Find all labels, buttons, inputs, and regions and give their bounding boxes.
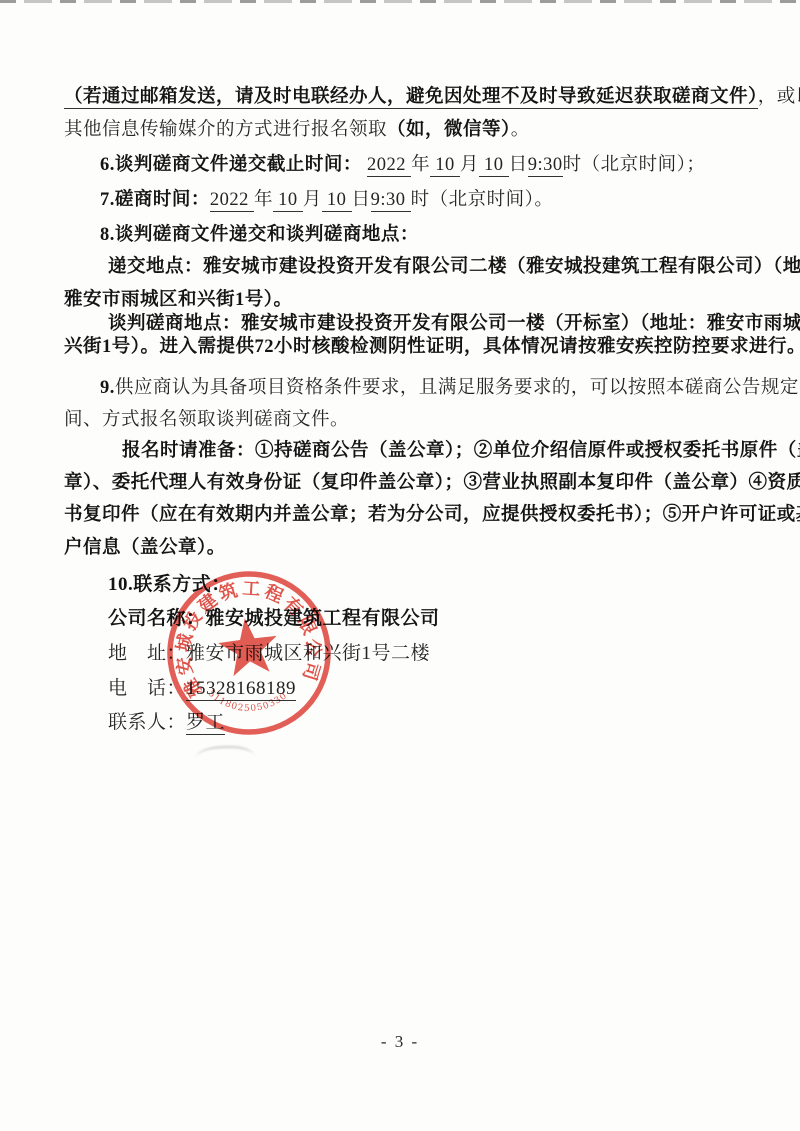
text-segment: 递交地点：雅安城市建设投资开发有限公司二楼（雅安城投建筑工程有限公司）（地址： <box>108 257 800 277</box>
document-page: （若通过邮箱发送，请及时电联经办人，避免因处理不及时导致延迟获取磋商文件），或以… <box>0 0 800 1131</box>
text-segment: 8.谈判磋商文件递交和谈判磋商地点： <box>100 225 419 245</box>
text-segment: 10 <box>479 155 509 177</box>
text-segment: 雅安市雨城区和兴街1号）。 <box>64 290 293 310</box>
text-segment: 10 <box>322 190 352 212</box>
contact-address: 地 址：雅安市雨城区和兴街1号二楼 <box>108 642 430 666</box>
item9-supplier-line2: 间、方式报名领取谈判磋商文件。 <box>64 409 349 432</box>
text-segment: 15328168189 <box>186 678 296 701</box>
text-segment: 年 <box>254 190 273 210</box>
paragraph-intro-line1: （若通过邮箱发送，请及时电联经办人，避免因处理不及时导致延迟获取磋商文件），或以 <box>64 86 800 109</box>
text-segment: 兴街1号）。进入需提供72小时核酸检测阴性证明，具体情况请按雅安疾控防控要求进行… <box>64 337 800 357</box>
registration-requirements-line4: 户信息（盖公章）。 <box>64 537 226 560</box>
text-segment: 谈判磋商地点：雅安城市建设投资开发有限公司一楼（开标室）（地址：雅安市雨城区和 <box>108 314 800 334</box>
text-segment: 6.谈判磋商文件递交截止时间： <box>100 155 362 175</box>
contact-company-name: 公司名称：雅安城投建筑工程有限公司 <box>108 607 440 631</box>
text-segment: 公司名称：雅安城投建筑工程有限公司 <box>108 608 440 629</box>
text-segment: 报名时请准备：①持磋商公告（盖公章）；②单位介绍信原件或授权委托书原件（盖公 <box>122 441 800 461</box>
text-segment: 年 <box>411 155 430 175</box>
contact-phone: 电 话：15328168189 <box>108 677 296 701</box>
item8-negotiation-location-line1: 谈判磋商地点：雅安城市建设投资开发有限公司一楼（开标室）（地址：雅安市雨城区和 <box>108 313 800 336</box>
text-segment: 月 <box>460 155 479 175</box>
registration-requirements-line2: 章）、委托代理人有效身份证（复印件盖公章）；③营业执照副本复印件（盖公章）④资质… <box>64 472 800 495</box>
text-segment: 9:30 <box>371 190 411 212</box>
text-segment: 7.磋商时间： <box>100 190 210 210</box>
text-segment: （如，微信等） <box>387 120 511 140</box>
item10-contact-heading: 10.联系方式： <box>108 573 231 597</box>
text-segment: 月 <box>303 190 322 210</box>
text-segment: 10 <box>273 190 303 212</box>
text-segment: 时（北京时间）； <box>563 155 706 175</box>
text-segment: ，或以 <box>758 87 800 107</box>
text-segment: 日 <box>352 190 371 210</box>
text-segment: 户信息（盖公章）。 <box>64 538 226 558</box>
text-segment: 章）、委托代理人有效身份证（复印件盖公章）；③营业执照副本复印件（盖公章）④资质… <box>64 473 800 493</box>
text-segment: 地 址： <box>108 643 186 664</box>
text-segment: 时（北京时间）。 <box>411 190 554 210</box>
text-segment: 其他信息传输媒介的方式进行报名领取 <box>64 120 387 140</box>
text-segment: 10.联系方式： <box>108 574 231 595</box>
text-segment: 罗工 <box>186 712 225 735</box>
text-segment: 9:30 <box>528 155 563 177</box>
item8-negotiation-location-line2: 兴街1号）。进入需提供72小时核酸检测阴性证明，具体情况请按雅安疾控防控要求进行… <box>64 336 800 359</box>
item9-supplier-line1: 9.供应商认为具备项目资格条件要求，且满足服务要求的，可以按照本磋商公告规定的时 <box>100 377 800 400</box>
item8-heading: 8.谈判磋商文件递交和谈判磋商地点： <box>100 224 419 247</box>
text-segment: 雅安市雨城区和兴街1号二楼 <box>186 643 430 664</box>
text-segment: 2022 <box>367 155 411 177</box>
page-number: - 3 - <box>0 1031 800 1052</box>
item6-deadline-line: 6.谈判磋商文件递交截止时间： 2022 年 10 月 10 日9:30时（北京… <box>100 154 705 177</box>
text-segment: 联系人： <box>108 712 186 733</box>
contact-person: 联系人：罗工 <box>108 711 225 735</box>
text-segment: 供应商认为具备项目资格条件要求，且满足服务要求的，可以按照本磋商公告规定的时 <box>115 378 800 398</box>
scan-smudge-artifact <box>196 746 254 758</box>
registration-requirements-line1: 报名时请准备：①持磋商公告（盖公章）；②单位介绍信原件或授权委托书原件（盖公 <box>122 440 800 463</box>
text-segment: 2022 <box>210 190 254 212</box>
registration-requirements-line3: 书复印件（应在有效期内并盖公章；若为分公司，应提供授权委托书）；⑤开户许可证或基… <box>64 504 800 527</box>
text-segment: 9. <box>100 378 115 398</box>
text-segment: 10 <box>430 155 460 177</box>
text-segment: 日 <box>509 155 528 175</box>
item7-consultation-time-line: 7.磋商时间：2022 年 10 月 10 日9:30 时（北京时间）。 <box>100 189 553 212</box>
text-segment: （若通过邮箱发送，请及时电联经办人，避免因处理不及时导致延迟获取磋商文件） <box>64 87 758 109</box>
text-segment: 书复印件（应在有效期内并盖公章；若为分公司，应提供授权委托书）；⑤开户许可证或基… <box>64 505 800 525</box>
scan-edge-artifact <box>0 0 800 3</box>
text-segment: 间、方式报名领取谈判磋商文件。 <box>64 410 349 430</box>
item8-delivery-location-line1: 递交地点：雅安城市建设投资开发有限公司二楼（雅安城投建筑工程有限公司）（地址： <box>108 256 800 279</box>
text-segment: 。 <box>511 120 530 140</box>
item8-delivery-location-line2: 雅安市雨城区和兴街1号）。 <box>64 289 293 312</box>
paragraph-intro-line2: 其他信息传输媒介的方式进行报名领取（如，微信等）。 <box>64 119 530 142</box>
text-segment: 电 话： <box>108 678 186 699</box>
